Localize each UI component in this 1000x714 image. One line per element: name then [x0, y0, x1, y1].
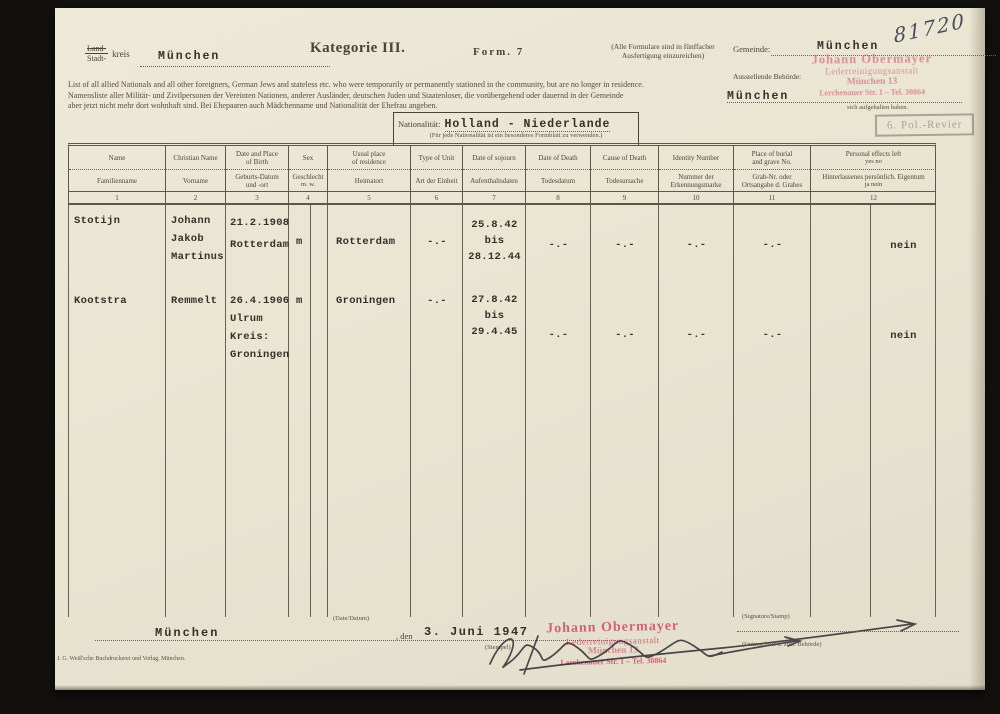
date-city: München [155, 626, 219, 640]
row1-einheit: -.- [411, 233, 463, 251]
row2-todesursache: -.- [591, 326, 659, 344]
row2-todesdatum: -.- [526, 326, 591, 344]
col-header-einheit: Type of Unit Art der Einheit 6 [411, 146, 463, 203]
table-header: Name Familienname 1 Christian Name Vorna… [68, 143, 936, 205]
col-header-todesdatum: Date of Death Todesdatum 8 [526, 146, 591, 203]
row2-grab: -.- [734, 326, 811, 344]
row1-todesdatum: -.- [526, 236, 591, 254]
form-note: (Alle Formulare sind in fünffacher Ausfe… [583, 42, 743, 60]
col-header-erkennungsmarke: Identity Number Nummer der Erkennungsmar… [659, 146, 734, 203]
col-header-aufenthalt: Date of sojourn Aufenthaltsdaten 7 [463, 146, 526, 203]
form-number: Form. 7 [473, 46, 524, 58]
intro-line-de2: aber jetzt nicht mehr dort wohnhaft sind… [68, 101, 803, 112]
stadt-label: Stadt- [85, 54, 108, 63]
row1-vorname: Johann Jakob Martinus [171, 212, 224, 266]
col-header-name: Name Familienname 1 [69, 146, 166, 203]
gemeinde-label: Gemeinde: [733, 44, 770, 54]
row1-name: Stotijn [74, 212, 120, 230]
row1-heimatort: Rotterdam [336, 233, 395, 251]
row2-erkennungsmarke: -.- [659, 326, 734, 344]
printer-imprint: J. G. Weiß'sche Buchdruckerei und Verlag… [57, 656, 185, 662]
land-label-struck: Land- [85, 44, 108, 54]
col-header-grab: Place of burial and grave No. Grab-Nr. o… [734, 146, 811, 203]
row2-name: Kootstra [74, 292, 127, 310]
intro-city-dotted-line [727, 88, 962, 103]
kreis-dotted-line [140, 54, 330, 67]
photo-background: 81720 Land- Stadt- kreis München Kategor… [0, 0, 1000, 714]
row2-vorname: Remmelt [171, 292, 217, 310]
col-header-heimatort: Usual place of residence Heimatort 5 [328, 146, 411, 203]
date-den-label: , den [396, 631, 413, 641]
nationality-note: (Für jede Nationalität ist ein besondere… [398, 132, 634, 139]
row1-todesursache: -.- [591, 236, 659, 254]
nationality-label: Nationalität: [398, 119, 441, 129]
date-label: (Date/Datum) [333, 615, 369, 622]
col-header-vorname: Christian Name Vorname 2 [166, 146, 226, 203]
row1-aufenthalt: 25.8.42 bis 28.12.44 [463, 217, 526, 265]
col-header-eigentum: Personal effects left yes no Hinterlasse… [811, 146, 936, 203]
row2-birth: 26.4.1906 Ulrum Kreis: Groningen [230, 292, 289, 364]
col-header-birth: Date and Place of Birth Geburts-Datum un… [226, 146, 289, 203]
police-revier-stamp: 6. Pol.-Revier [875, 113, 975, 136]
table-body: Stotijn Johann Jakob Martinus 21.2.1908 … [68, 205, 936, 617]
row1-birth: 21.2.1908 Rotterdam [230, 212, 289, 256]
row1-erkennungsmarke: -.- [659, 236, 734, 254]
row2-eigentum: nein [871, 327, 936, 345]
registration-table: Name Familienname 1 Christian Name Vorna… [68, 143, 936, 617]
nationality-value: Holland - Niederlande [445, 118, 611, 132]
stempel-label: (Stempel) [485, 644, 511, 651]
col-header-todesursache: Cause of Death Todesursache 9 [591, 146, 659, 203]
intro-tail: sich aufgehalten haben. [847, 104, 908, 111]
signature-sub-label: (Unterschrift d. zust. Behörde) [742, 641, 822, 648]
row2-sex: m [296, 292, 303, 310]
nationality-box: Nationalität: Holland - Niederlande (Für… [393, 112, 639, 146]
row1-grab: -.- [734, 236, 811, 254]
land-stadt-fraction: Land- Stadt- [85, 44, 108, 63]
row2-aufenthalt: 27.8.42 bis 29.4.45 [463, 292, 526, 340]
row2-einheit: -.- [411, 292, 463, 310]
kreis-label: kreis [112, 49, 130, 59]
row1-eigentum: nein [871, 237, 936, 255]
col-header-sex: Sex Geschlecht m. w. 4 [289, 146, 328, 203]
row2-heimatort: Groningen [336, 292, 395, 310]
scanned-form-page: 81720 Land- Stadt- kreis München Kategor… [55, 8, 985, 690]
kreis-block: Land- Stadt- kreis [85, 44, 130, 63]
row1-sex: m [296, 233, 303, 251]
stamp-name: Johann Obermayer [797, 51, 947, 67]
category-title: Kategorie III. [310, 40, 405, 57]
signature-dotted-line [737, 618, 959, 632]
obermayer-stamp-bottom: Johann Obermayer Lederreinigungsanstalt … [513, 618, 714, 669]
intro-line-en: List of all allied Nationals and all oth… [68, 80, 803, 91]
intro-paragraph: List of all allied Nationals and all oth… [68, 80, 803, 112]
intro-line-de1: Namensliste aller Militär- und Zivilpers… [68, 91, 803, 102]
